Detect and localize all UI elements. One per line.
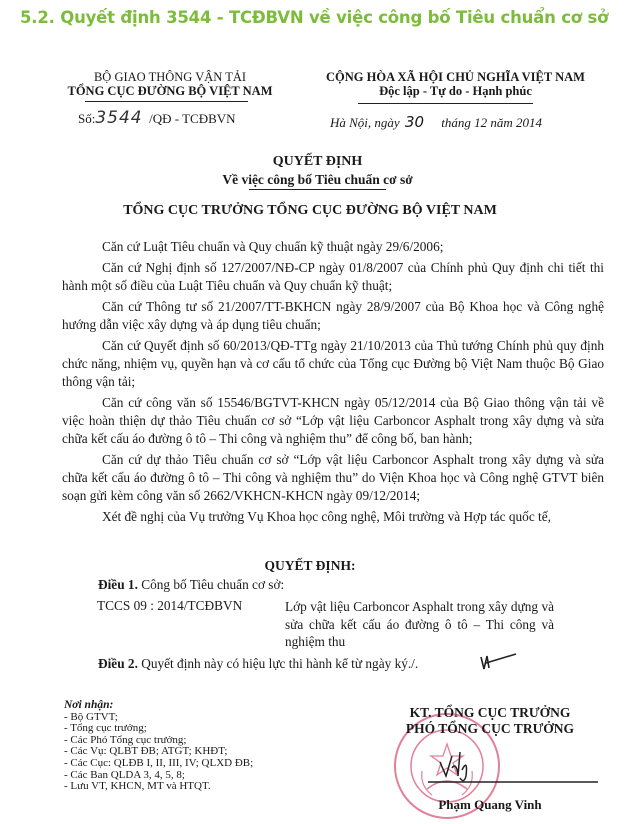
standard-description: Lớp vật liệu Carboncor Asphalt trong xây… bbox=[285, 598, 554, 651]
decision-heading: QUYẾT ĐỊNH: bbox=[0, 558, 620, 574]
handwritten-number: 3544 bbox=[95, 108, 142, 128]
recipients-heading: Nơi nhận: bbox=[64, 700, 253, 712]
standard-code: TCCS 09 : 2014/TCĐBVN bbox=[97, 598, 242, 614]
national-title-block: CỘNG HÒA XÃ HỘI CHỦ NGHĨA VIỆT NAM Độc l… bbox=[298, 70, 613, 98]
ministry-name: BỘ GIAO THÔNG VẬN TẢI bbox=[60, 70, 280, 84]
document-subtitle: Về việc công bố Tiêu chuẩn cơ sở bbox=[0, 172, 635, 188]
article-2-label: Điều 2. bbox=[98, 656, 138, 671]
country-name: CỘNG HÒA XÃ HỘI CHỦ NGHĨA VIỆT NAM bbox=[298, 70, 613, 84]
recipient-item: - Các Cục: QLĐB I, II, III, IV; QLXD ĐB; bbox=[64, 758, 253, 770]
legal-basis: Căn cứ Luật Tiêu chuẩn và Quy chuẩn kỹ t… bbox=[62, 238, 604, 529]
issuer-divider bbox=[85, 101, 248, 102]
article-1-label: Điều 1. bbox=[98, 577, 138, 592]
basis-paragraph: Căn cứ Quyết định số 60/2013/QĐ-TTg ngày… bbox=[62, 337, 604, 391]
article-2-text: Quyết định này có hiệu lực thi hành kể t… bbox=[141, 656, 418, 671]
motto-divider bbox=[358, 103, 533, 104]
basis-paragraph: Căn cứ Thông tư số 21/2007/TT-BKHCN ngày… bbox=[62, 298, 604, 334]
handwritten-day: 30 bbox=[405, 113, 424, 131]
basis-paragraph: Căn cứ dự thảo Tiêu chuẩn cơ sở “Lớp vật… bbox=[62, 451, 604, 505]
basis-paragraph: Căn cứ công văn số 15546/BGTVT-KHCN ngày… bbox=[62, 394, 604, 448]
signatory-title: KT. TỔNG CỤC TRƯỞNG PHÓ TỔNG CỤC TRƯỞNG bbox=[360, 705, 620, 737]
subtitle-divider bbox=[249, 189, 386, 190]
issuing-authority: TỔNG CỤC TRƯỞNG TỔNG CỤC ĐƯỜNG BỘ VIỆT N… bbox=[0, 203, 620, 219]
article-1-text: Công bố Tiêu chuẩn cơ sở: bbox=[141, 577, 284, 592]
document-date: Hà Nội, ngày 30 tháng 12 năm 2014 bbox=[330, 113, 542, 131]
initial-flourish-icon bbox=[478, 651, 518, 673]
basis-paragraph: Căn cứ Nghị định số 127/2007/NĐ-CP ngày … bbox=[62, 259, 604, 295]
handwritten-signature-icon bbox=[428, 748, 608, 788]
document-title: QUYẾT ĐỊNH bbox=[0, 154, 635, 170]
document-number: Số:3544 /QĐ - TCĐBVN bbox=[78, 108, 236, 128]
section-heading: 5.2. Quyết định 3544 - TCĐBVN về việc cô… bbox=[20, 8, 608, 27]
article-2: Điều 2. Quyết định này có hiệu lực thi h… bbox=[98, 656, 418, 672]
recipients-list: Nơi nhận: - Bộ GTVT; - Tổng cục trưởng; … bbox=[64, 700, 253, 793]
issuer-block: BỘ GIAO THÔNG VẬN TẢI TỔNG CỤC ĐƯỜNG BỘ … bbox=[60, 70, 280, 98]
national-motto: Độc lập - Tự do - Hạnh phúc bbox=[298, 84, 613, 98]
basis-paragraph: Xét đề nghị của Vụ trưởng Vụ Khoa học cô… bbox=[62, 508, 604, 526]
article-1: Điều 1. Công bố Tiêu chuẩn cơ sở: bbox=[98, 577, 284, 593]
agency-name: TỔNG CỤC ĐƯỜNG BỘ VIỆT NAM bbox=[60, 84, 280, 98]
recipient-item: - Lưu VT, KHCN, MT và HTQT. bbox=[64, 781, 253, 793]
signatory-name: Phạm Quang Vinh bbox=[360, 797, 620, 813]
basis-paragraph: Căn cứ Luật Tiêu chuẩn và Quy chuẩn kỹ t… bbox=[62, 238, 604, 256]
